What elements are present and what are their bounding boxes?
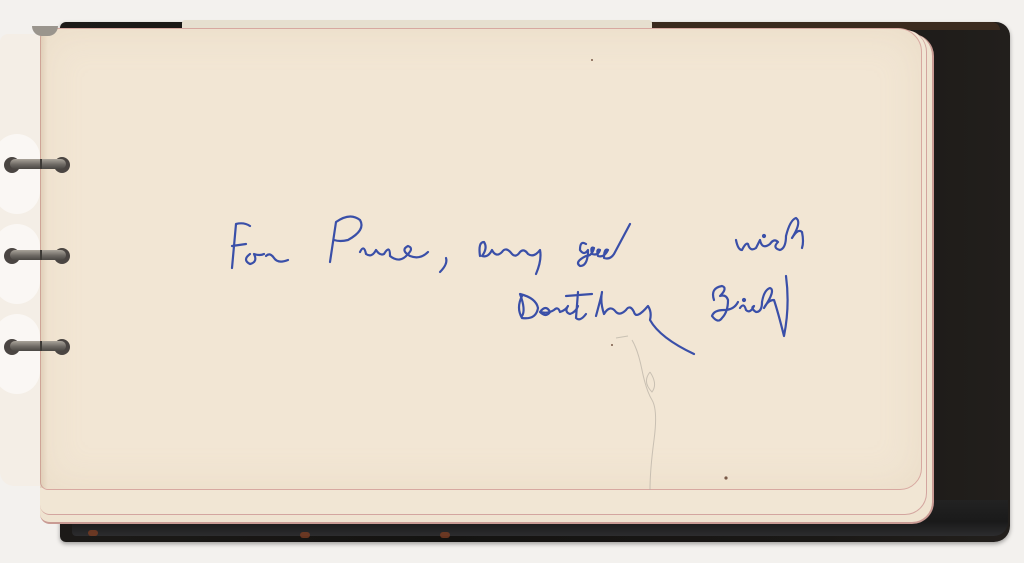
signature: Dorothy Gish: [516, 290, 703, 323]
album-page: [40, 28, 922, 490]
autograph-album-photo: For Perie, every good wish Dorothy Gish: [0, 0, 1024, 563]
cover-wear-spot: [88, 530, 98, 536]
binder-ring: [4, 155, 70, 177]
binder-ring: [4, 337, 70, 359]
cover-wear-spot: [300, 532, 310, 538]
inscription-line: For Perie, every good wish: [232, 222, 611, 255]
binder-ring: [4, 246, 70, 268]
cover-wear-spot: [440, 532, 450, 538]
